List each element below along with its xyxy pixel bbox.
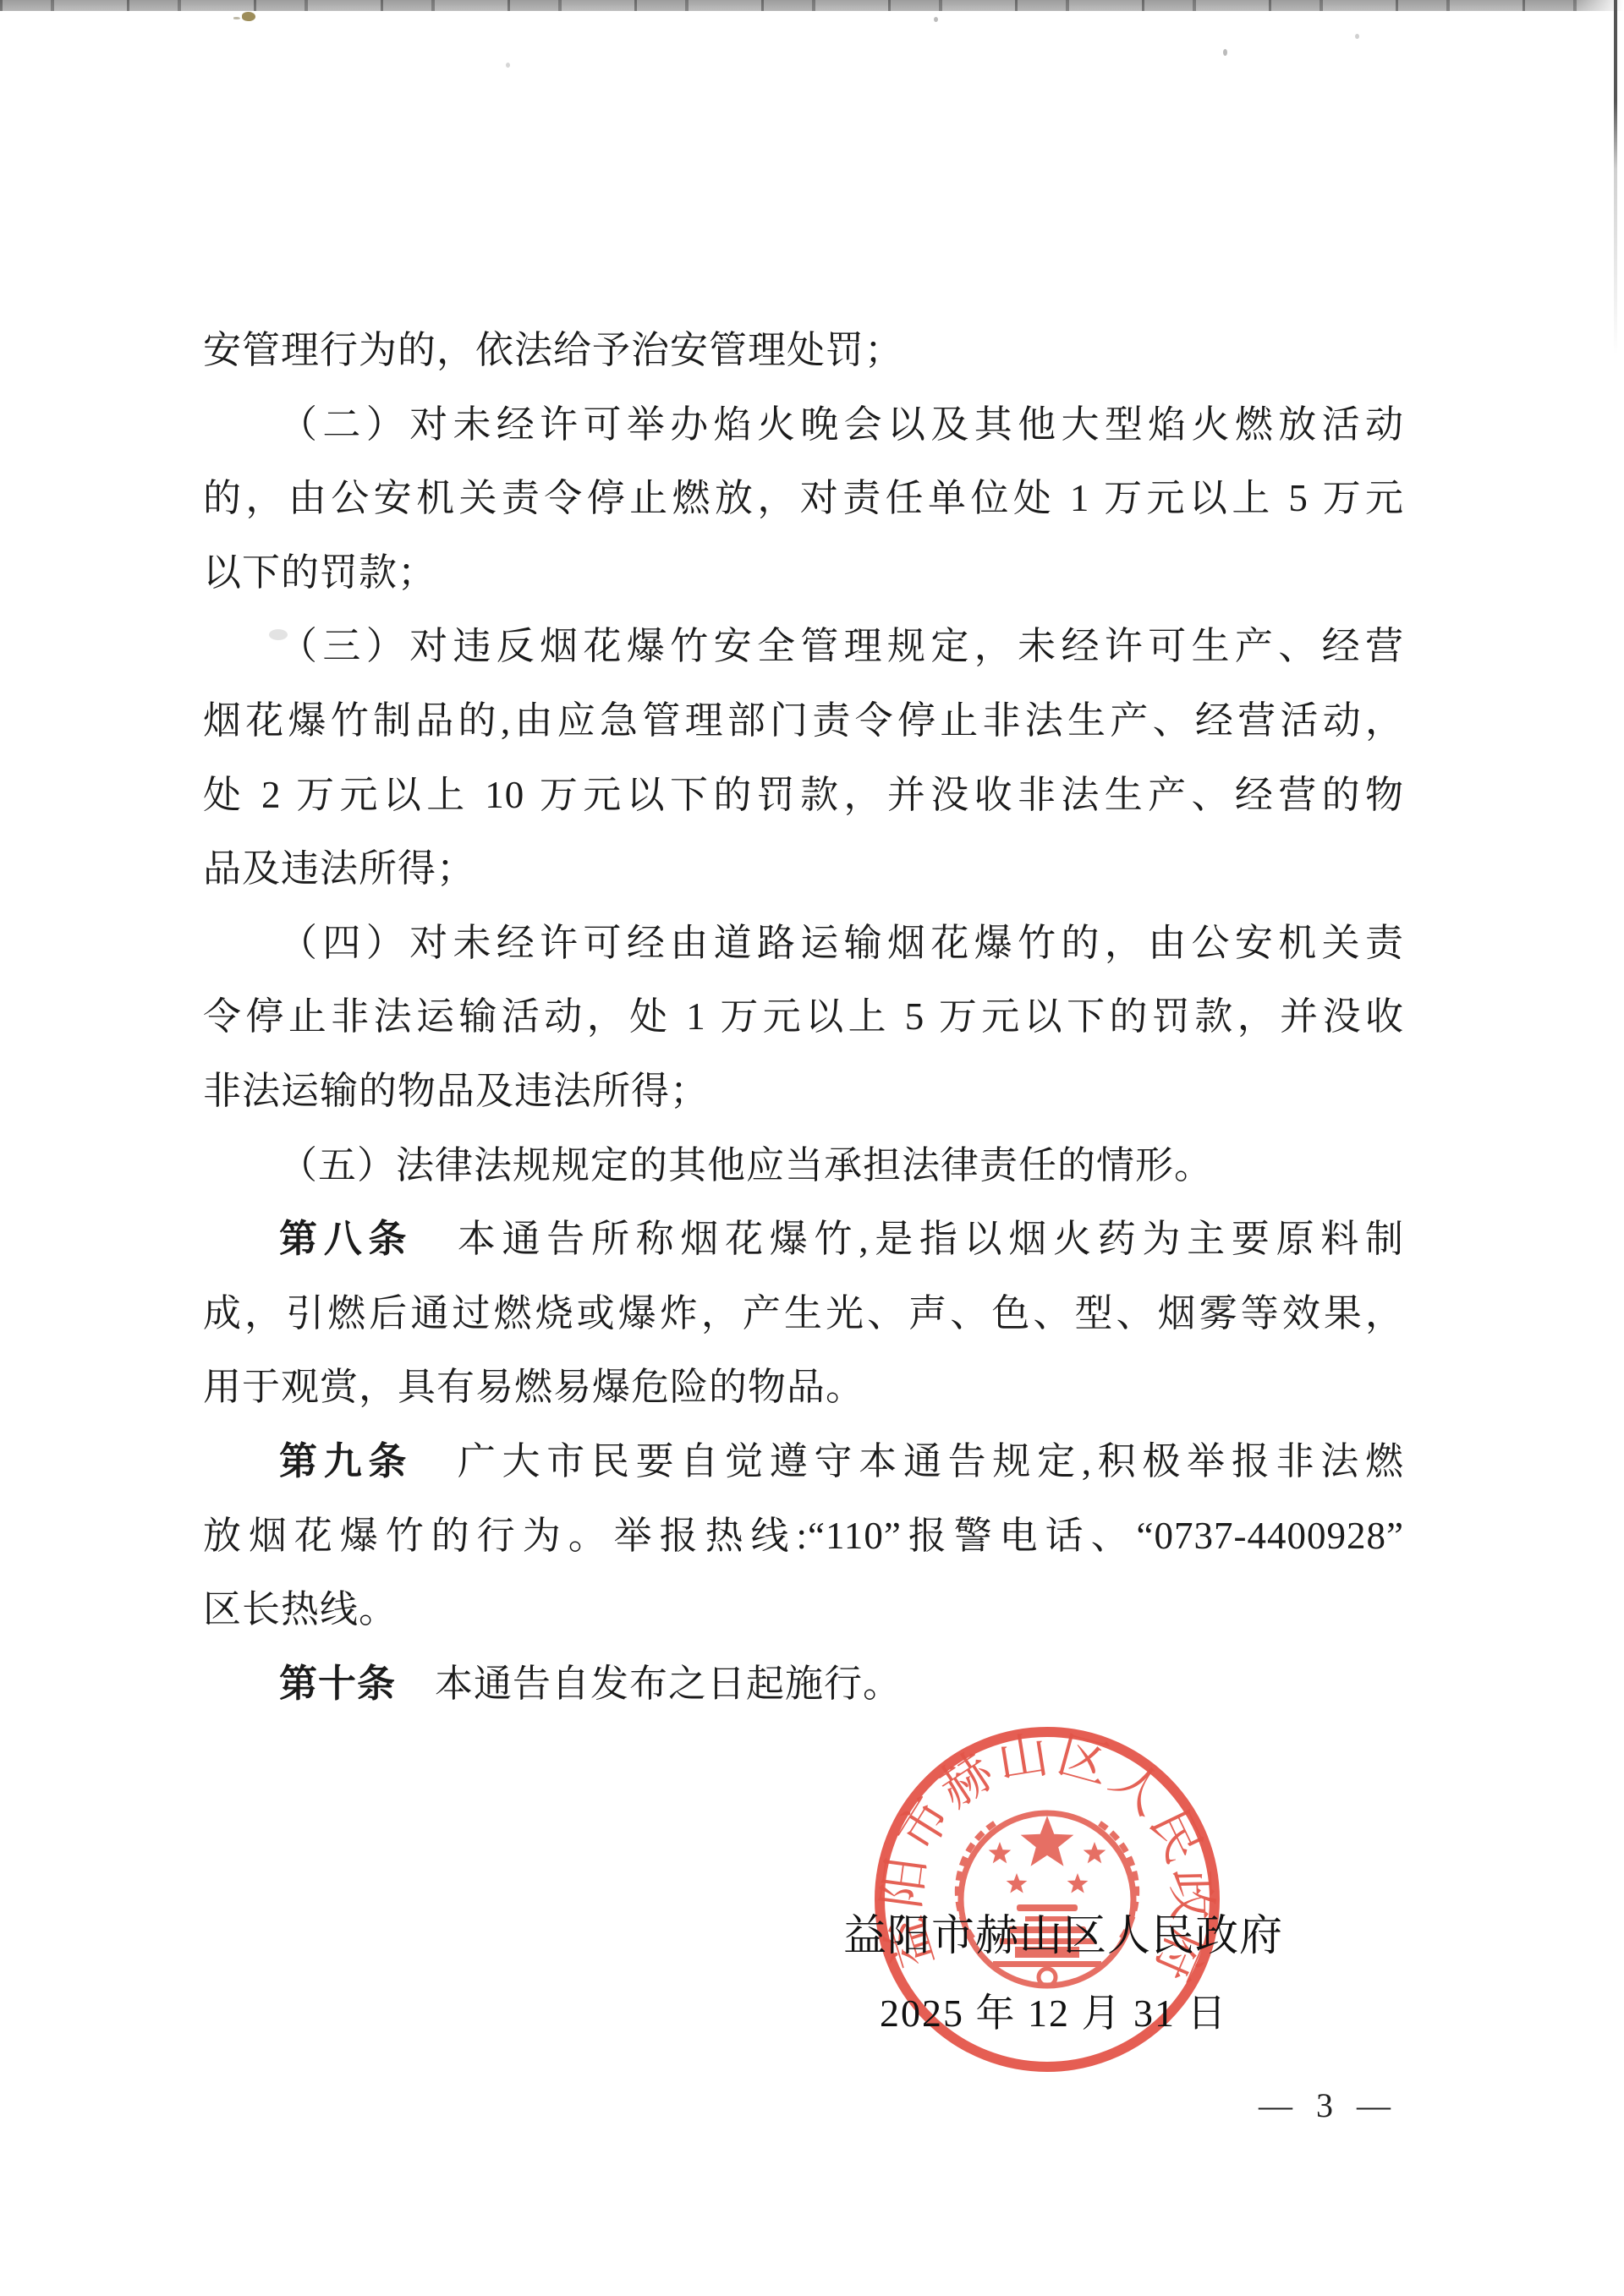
scanner-edge-band	[0, 0, 1624, 11]
document-line: 区长热线。	[203, 1573, 1404, 1647]
document-line: （四）对未经许可经由道路运输烟花爆竹的，由公安机关责	[203, 907, 1404, 981]
document-line: （五）法律法规规定的其他应当承担法律责任的情形。	[203, 1129, 1404, 1203]
document-line: 第十条 本通告自发布之日起施行。	[203, 1647, 1404, 1722]
page-number: — 3 —	[1259, 2085, 1398, 2125]
scan-dot	[1355, 34, 1359, 39]
document-line: 用于观赏，具有易燃易爆危险的物品。	[203, 1351, 1404, 1425]
document-line: （三）对违反烟花爆竹安全管理规定，未经许可生产、经营	[203, 610, 1404, 684]
document-line: 处 2 万元以上 10 万元以下的罚款，并没收非法生产、经营的物	[203, 759, 1404, 833]
scanner-edge-line	[1614, 0, 1617, 355]
scan-dot	[1223, 49, 1227, 56]
scanned-notice-page: { "document": { "lines": [ {"bold": "", …	[0, 0, 1624, 2296]
star-icon	[1067, 1873, 1089, 1893]
document-line: 第八条 本通告所称烟花爆竹,是指以烟火药为主要原料制	[203, 1203, 1404, 1277]
signature-organization: 益阳市赫山区人民政府	[843, 1900, 1283, 1963]
document-line: 以下的罚款；	[203, 536, 1404, 611]
document-line: 品及违法所得；	[203, 832, 1404, 907]
document-line: 令停止非法运输活动，处 1 万元以上 5 万元以下的罚款，并没收	[203, 980, 1404, 1055]
document-line: （二）对未经许可举办焰火晚会以及其他大型焰火燃放活动	[203, 388, 1404, 463]
scan-dot	[506, 63, 510, 68]
signature-date: 2025 年 12 月 31 日	[880, 1982, 1228, 2038]
scan-speck	[242, 12, 255, 21]
star-icon	[1007, 1873, 1028, 1893]
star-icon	[1084, 1842, 1106, 1863]
document-line: 安管理行为的，依法给予治安管理处罚；	[203, 314, 1404, 388]
star-icon	[989, 1842, 1012, 1863]
document-line: 第九条 广大市民要自觉遵守本通告规定,积极举报非法燃	[203, 1425, 1404, 1499]
document-line: 非法运输的物品及违法所得；	[203, 1055, 1404, 1129]
document-body: 安管理行为的，依法给予治安管理处罚； （二）对未经许可举办焰火晚会以及其他大型焰…	[203, 314, 1404, 1721]
document-line: 成，引燃后通过燃烧或爆炸，产生光、声、色、型、烟雾等效果，	[203, 1277, 1404, 1351]
document-line: 烟花爆竹制品的,由应急管理部门责令停止非法生产、经营活动，	[203, 684, 1404, 759]
star-icon	[1021, 1816, 1074, 1866]
scan-dot	[934, 17, 938, 22]
document-line: 放烟花爆竹的行为。举报热线:“110”报警电话、“0737-4400928”	[203, 1499, 1404, 1574]
document-line: 的，由公安机关责令停止燃放，对责任单位处 1 万元以上 5 万元	[203, 462, 1404, 536]
